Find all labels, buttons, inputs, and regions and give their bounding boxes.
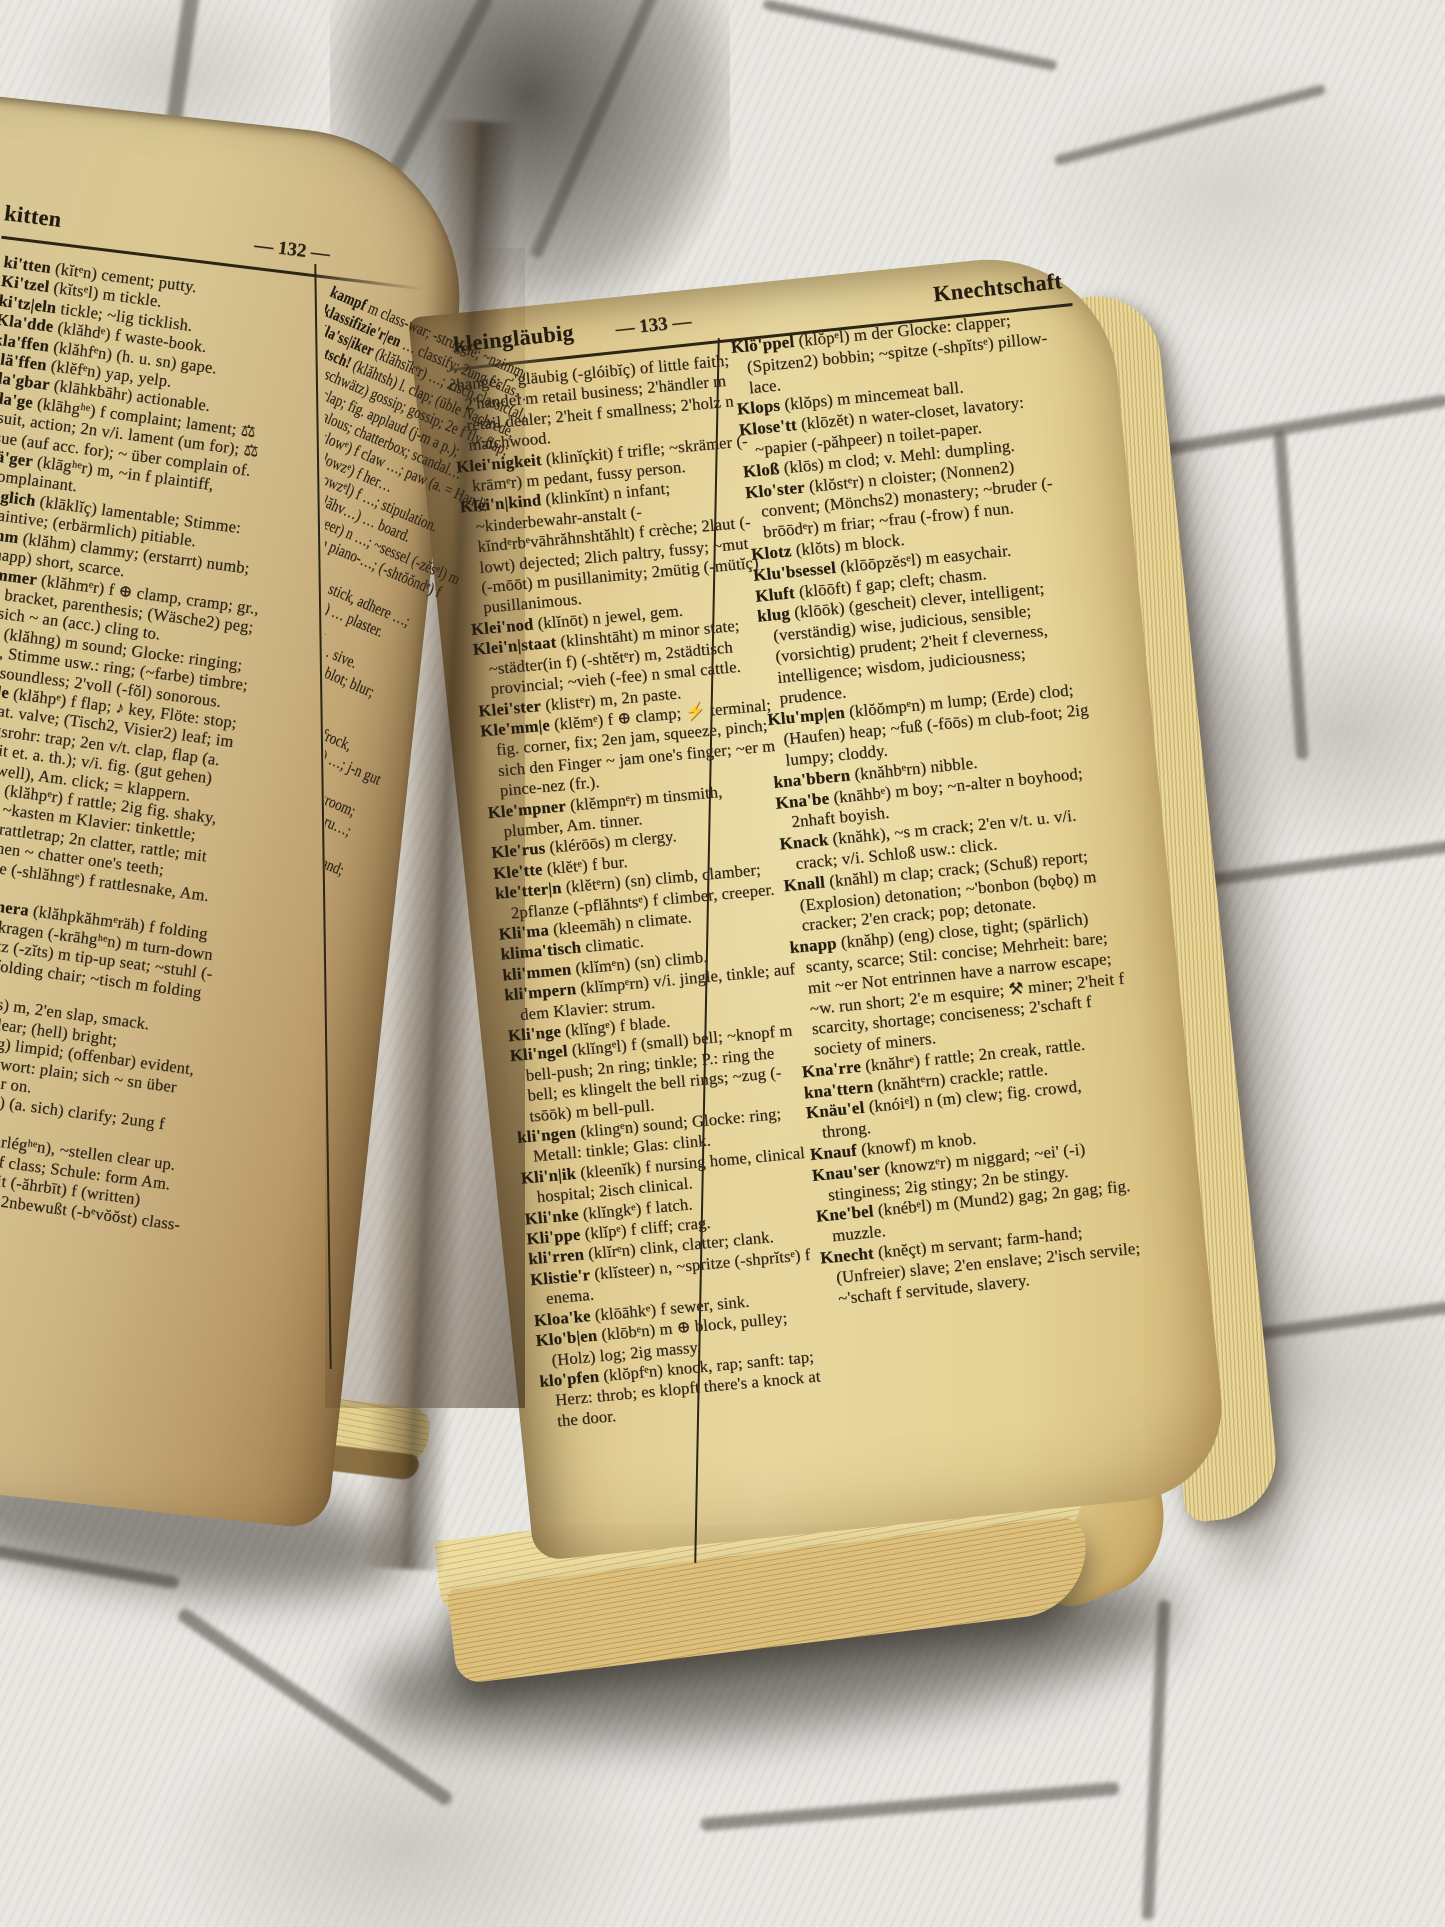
headword: Klops <box>736 396 781 419</box>
headword: Kle'tte <box>492 859 543 882</box>
mortar-line <box>700 1782 1120 1832</box>
headword: knapp <box>789 934 838 957</box>
headword: klug <box>756 604 790 626</box>
mortar-line <box>1053 84 1326 166</box>
headword: Kloß <box>742 459 780 481</box>
photo-of-open-dictionary: kitten — 132 — ki'tten (kĭtᵉn) cement; p… <box>0 0 1445 1927</box>
mortar-line <box>166 0 201 123</box>
mortar-line <box>1274 430 1309 760</box>
headword: Knall <box>783 872 826 895</box>
headword: Kluft <box>754 583 795 606</box>
mortar-line <box>762 0 1058 71</box>
page-number-133: — 133 — <box>614 311 692 341</box>
headword: Klotz <box>750 541 792 564</box>
headword: Kli'ma <box>498 920 550 943</box>
page-number-132: — 132 — <box>253 235 331 266</box>
mortar-line <box>1151 394 1445 458</box>
headword: Knack <box>779 830 829 854</box>
headword: Knauf <box>809 1141 858 1164</box>
mortar-line <box>1142 1600 1171 1920</box>
